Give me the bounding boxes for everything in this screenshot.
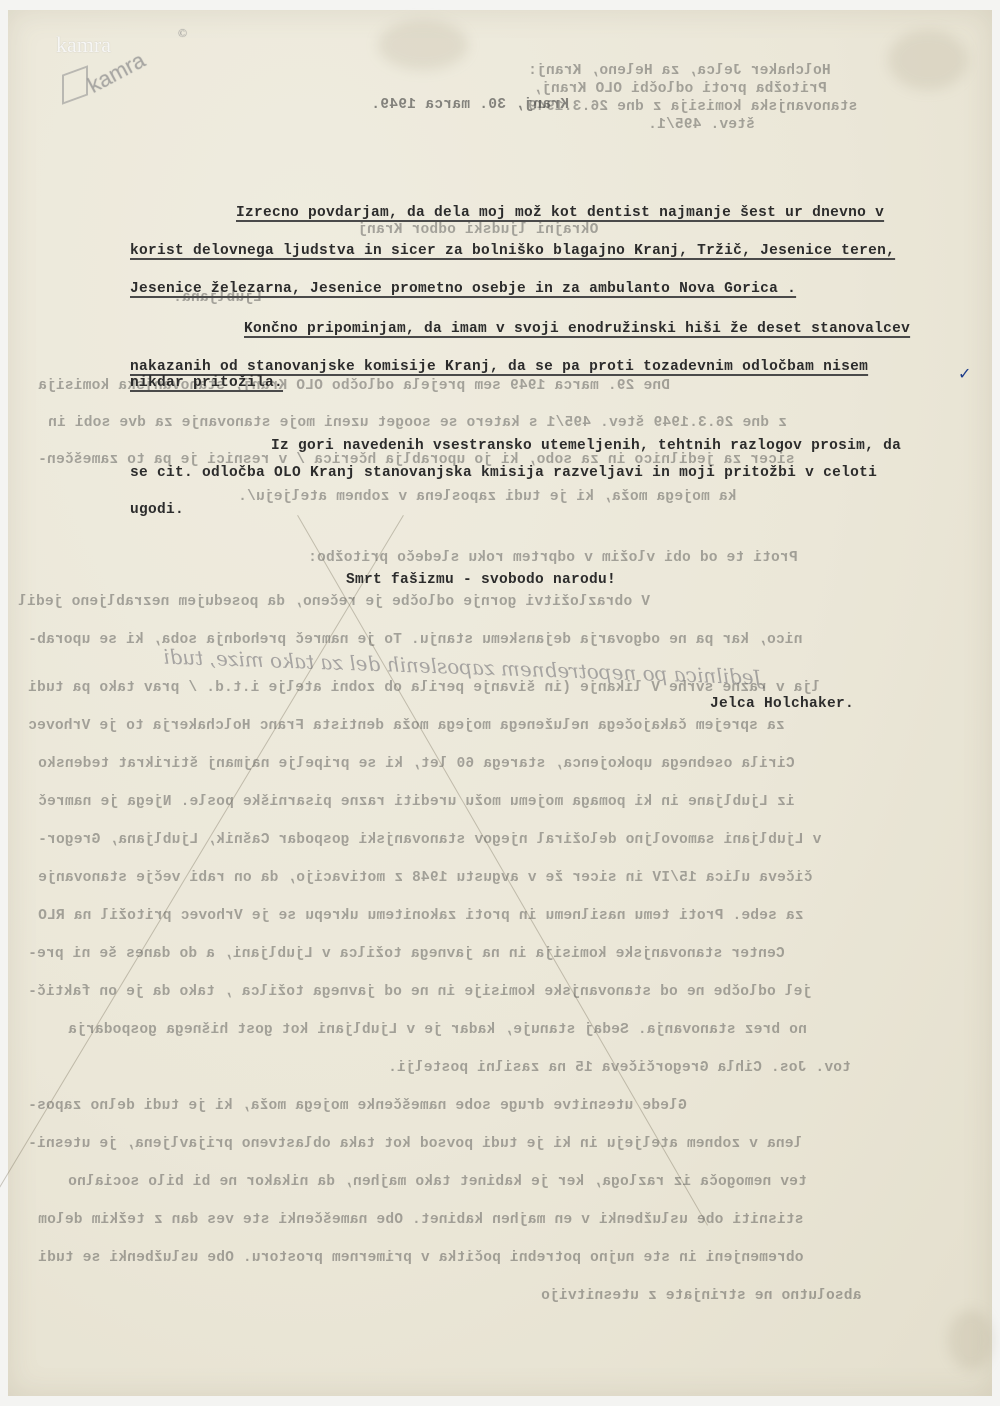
- ink-checkmark-icon: ✓: [958, 364, 972, 383]
- document-page: kamra © kamra Holchaker Jelca, za Heleno…: [8, 10, 992, 1396]
- paragraph-3-line: se cit. odločba OLO Kranj stanovanjska k…: [130, 465, 877, 481]
- reverse-line: nico, kar pa ne odgovarja dejanskemu sta…: [28, 632, 802, 648]
- reverse-subheading: Okrajni ljudski odbor Kranj: [358, 222, 598, 238]
- kamra-watermark: kamra © kamra: [56, 32, 111, 58]
- watermark-text: kamra: [56, 32, 111, 57]
- reverse-address-line: stanovanjska komisija z dne 26.3.1949: [528, 99, 857, 115]
- reverse-line: Center stanovanjske komisija in na javne…: [28, 946, 785, 962]
- reverse-line: čičeva ulica 15/IV in sicer že v avgustu…: [38, 870, 812, 886]
- reverse-line: obremenjeni in ste nujno potrebni počitk…: [38, 1250, 804, 1266]
- place-date: Kranj, 30. marca 1949.: [371, 97, 569, 113]
- paragraph-2-line: nakazanih od stanovanjske komisije Kranj…: [130, 359, 868, 375]
- reverse-line: iz Ljubljane in ki pomaga mojemu možu ur…: [38, 794, 795, 810]
- reverse-line: lena v zobnem ateljeju in ki je tudi pov…: [28, 1136, 802, 1152]
- reverse-line: v Ljubljani samovoljno deložiral njegov …: [38, 832, 821, 848]
- reverse-address-line: Pritožba proti odločbi OLO Kranj,: [533, 81, 827, 97]
- paragraph-3-line: Iz gori navedenih vsestransko utemeljeni…: [271, 438, 901, 454]
- reverse-line: lja v razne svrhe V likanje (in šivanje …: [28, 680, 820, 696]
- reverse-line: z dne 26.3.1949 štev. 495/1 s katero se …: [48, 415, 787, 431]
- reverse-line: Cirila osebnega upokojenca, starega 60 l…: [38, 756, 795, 772]
- reverse-line: za sebe. Proti temu nasilnemu in proti z…: [38, 908, 804, 924]
- paper-stain: [378, 20, 468, 70]
- paper-stain: [948, 1310, 993, 1370]
- paragraph-3-line: ugodi.: [130, 502, 184, 518]
- kamra-box-logo-icon: [62, 65, 88, 104]
- paper-stain: [888, 30, 968, 90]
- reverse-line: Glede utesnitve druge sobe nameščenke mo…: [28, 1098, 687, 1114]
- reverse-line: absolutno ne strinjate z utesnitvijo: [541, 1288, 861, 1304]
- signature: Jelca Holchaker.: [710, 696, 854, 712]
- paragraph-1-line: korist delovnega ljudstva in sicer za bo…: [130, 243, 895, 259]
- paragraph-2-line: nikdar pritožila.: [130, 375, 283, 391]
- reverse-line: za sprejem čakajočega neluženega mojega …: [28, 718, 785, 734]
- reverse-line: jel odločbe ne od stanovanjske komisije …: [28, 984, 811, 1000]
- reverse-line: V obrazložitvi gornje odločbe je rečeno,…: [18, 594, 650, 610]
- paragraph-1-line: Izrecno povdarjam, da dela moj mož kot d…: [236, 205, 884, 221]
- closing-slogan: Smrt fašizmu - svobodo narodu!: [346, 572, 616, 588]
- copyright-icon: ©: [178, 26, 187, 41]
- reverse-address-line: štev. 495/1.: [648, 117, 755, 133]
- reverse-line: stisniti obe uslužbenki v en majhen kabi…: [38, 1212, 804, 1228]
- reverse-address-line: Holchaker Jelca, za Heleno, Kranj:: [528, 63, 831, 79]
- reverse-line: tov. Jos. Cihla Gregorčičeva 15 na zasil…: [388, 1060, 851, 1076]
- paragraph-1-line: Jesenice železarna, Jesenice prometno os…: [130, 281, 796, 297]
- reverse-line: no brez stanovanja. Sedaj stanuje, kadar…: [68, 1022, 807, 1038]
- reverse-line: Proti te od obi vložim v odprtem roku sl…: [308, 550, 798, 566]
- reverse-line: tev nemogoča iz razloga, ker je kabinet …: [68, 1174, 807, 1190]
- reverse-line: ka mojega moža, ki je tudi zaposlena v z…: [238, 489, 736, 505]
- paragraph-2-line: Končno pripominjam, da imam v svoji enod…: [244, 321, 910, 337]
